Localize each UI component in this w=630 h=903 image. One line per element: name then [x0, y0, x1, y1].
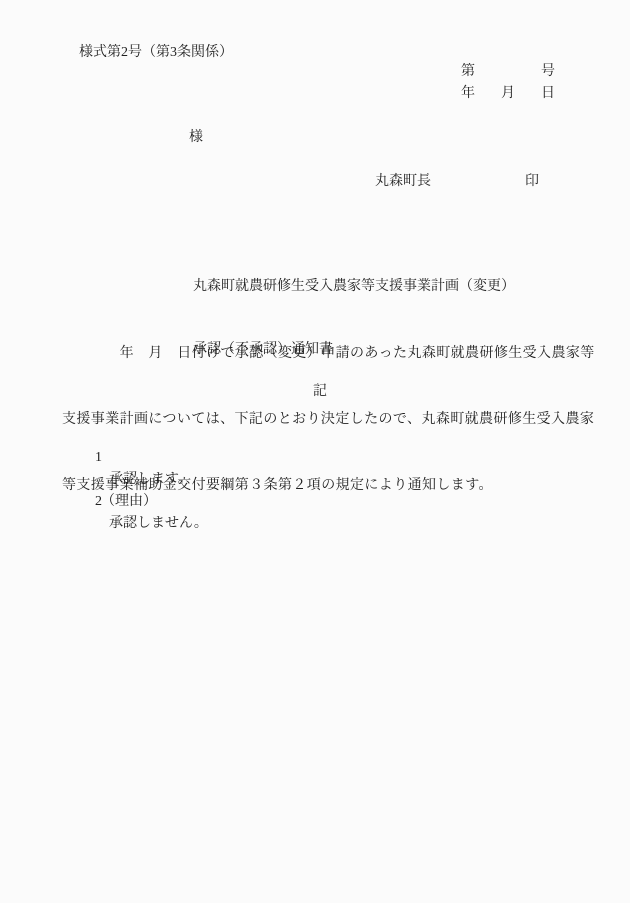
- doc-number-suffix: 号: [541, 61, 555, 83]
- reason-label: （理由）: [101, 491, 157, 513]
- form-number-label: 様式第2号（第3条関係）: [79, 42, 233, 64]
- notice-marker: 記: [62, 381, 578, 403]
- item-reject: 2 承認しません。: [81, 469, 208, 557]
- document-number-line: 第 号: [461, 61, 555, 83]
- doc-number-prefix: 第: [461, 61, 475, 83]
- date-day-label: 日: [541, 83, 555, 105]
- sender-name: 丸森町長: [375, 171, 431, 193]
- item-approve-number: 1: [95, 447, 105, 469]
- date-month-label: 月: [501, 83, 515, 105]
- date-line: 年 月 日: [461, 83, 555, 105]
- document-title-line1: 丸森町就農研修生受入農家等支援事業計画（変更）: [193, 276, 515, 297]
- seal-mark: 印: [525, 171, 539, 193]
- body-line1: 年 月 日付けで承認（変更）申請のあった丸森町就農研修生受入農家等: [62, 343, 578, 365]
- date-year-label: 年: [461, 83, 475, 105]
- document-page: 様式第2号（第3条関係） 第 号 年 月 日 様 丸森町長 印 丸森町就農研修生…: [0, 0, 630, 903]
- item-reject-text: 承認しません。: [109, 516, 208, 531]
- sender-line: 丸森町長 印: [375, 171, 539, 193]
- addressee-honorific: 様: [189, 127, 203, 149]
